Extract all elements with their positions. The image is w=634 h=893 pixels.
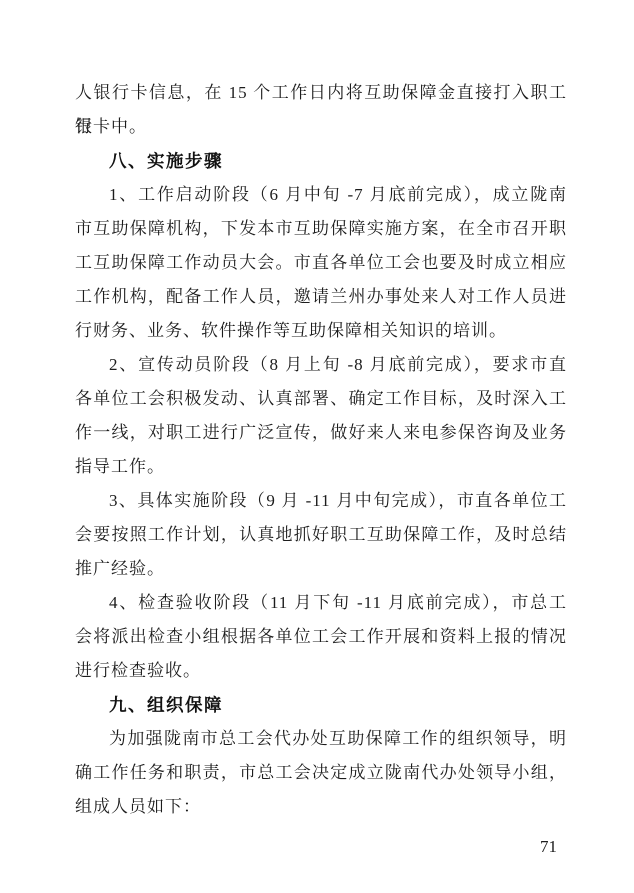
text-line: 行卡中。 [75, 110, 567, 144]
document-body: 人银行卡信息，在 15 个工作日内将互助保障金直接打入职工银行卡中。八、实施步骤… [75, 76, 567, 824]
text-line: 会要按照工作计划，认真地抓好职工互助保障工作，及时总结 [75, 518, 567, 552]
text-line: 进行检查验收。 [75, 654, 567, 688]
text-line: 各单位工会积极发动、认真部署、确定工作目标，及时深入工 [75, 382, 567, 416]
text-line: 3、具体实施阶段（9 月 -11 月中旬完成），市直各单位工 [75, 484, 567, 518]
text-line: 推广经验。 [75, 552, 567, 586]
text-line: 工作机构，配备工作人员，邀请兰州办事处来人对工作人员进 [75, 280, 567, 314]
text-line: 指导工作。 [75, 450, 567, 484]
text-line: 确工作任务和职责，市总工会决定成立陇南代办处领导小组， [75, 756, 567, 790]
text-line: 行财务、业务、软件操作等互助保障相关知识的培训。 [75, 314, 567, 348]
text-line: 市互助保障机构，下发本市互助保障实施方案，在全市召开职 [75, 212, 567, 246]
page-number: 71 [540, 830, 557, 864]
text-line: 为加强陇南市总工会代办处互助保障工作的组织领导，明 [75, 722, 567, 756]
text-line: 作一线，对职工进行广泛宣传，做好来人来电参保咨询及业务 [75, 416, 567, 450]
text-line: 1、工作启动阶段（6 月中旬 -7 月底前完成），成立陇南 [75, 178, 567, 212]
section-heading: 九、组织保障 [75, 688, 567, 722]
text-line: 2、宣传动员阶段（8 月上旬 -8 月底前完成），要求市直 [75, 348, 567, 382]
text-line: 组成人员如下： [75, 790, 567, 824]
text-line: 人银行卡信息，在 15 个工作日内将互助保障金直接打入职工银 [75, 76, 567, 110]
section-heading: 八、实施步骤 [75, 144, 567, 178]
text-line: 会将派出检查小组根据各单位工会工作开展和资料上报的情况 [75, 620, 567, 654]
text-line: 4、检查验收阶段（11 月下旬 -11 月底前完成），市总工 [75, 586, 567, 620]
text-line: 工互助保障工作动员大会。市直各单位工会也要及时成立相应 [75, 246, 567, 280]
document-page: 人银行卡信息，在 15 个工作日内将互助保障金直接打入职工银行卡中。八、实施步骤… [0, 0, 634, 893]
